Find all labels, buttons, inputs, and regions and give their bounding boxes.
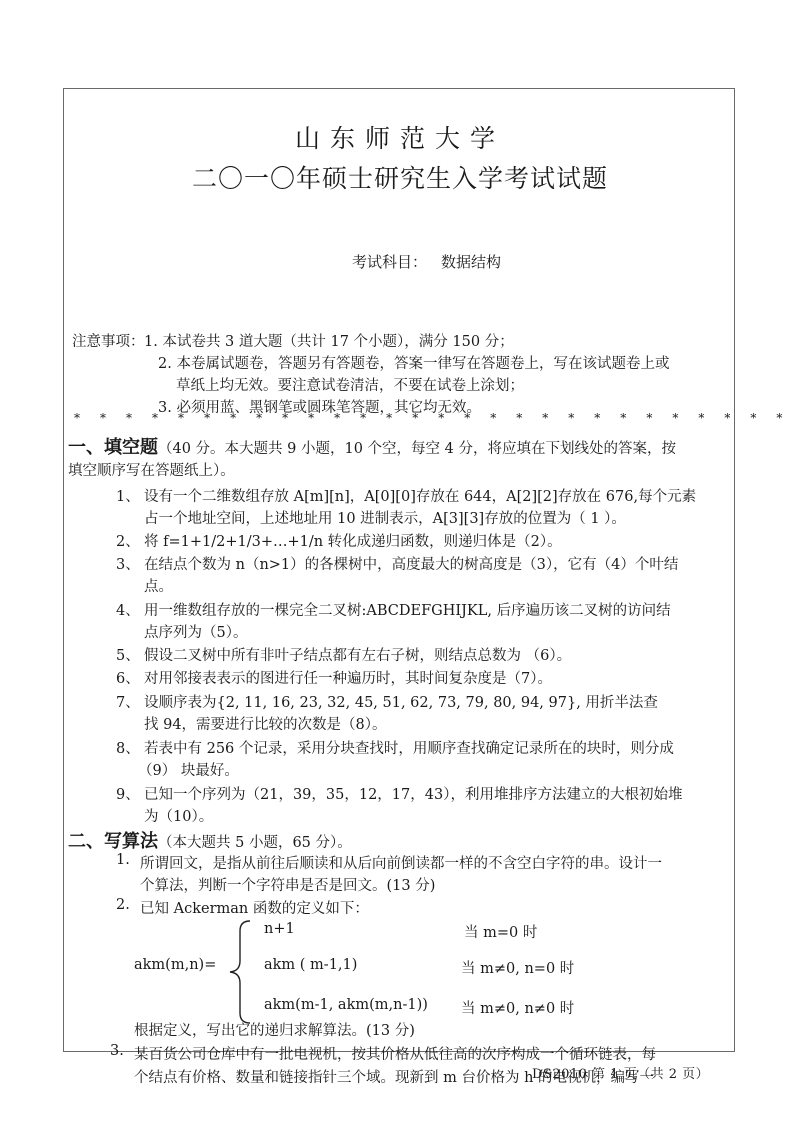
q4-line1: 用一维数组存放的一棵完全二叉树:ABCDEFGHIJKL, 后序遍历该二叉树的访… (144, 599, 671, 620)
exam-title: 二〇一〇年硕士研究生入学考试试题 (64, 159, 736, 195)
q8-num: 8、 (116, 737, 140, 758)
subject-value: 数据结构 (441, 253, 501, 271)
q3-line1: 在结点个数为 n（n>1）的各棵树中，高度最大的树高度是（3），它有（4）个叶结 (144, 553, 678, 574)
note-item-1: 1. 本试卷共 3 道大题（共计 17 个小题），满分 150 分； (144, 330, 514, 351)
q7-num: 7、 (116, 691, 140, 712)
section2-title: 二、写算法 (68, 831, 158, 852)
section1-desc: （40 分。本大题共 9 小题，10 个空，每空 4 分，将应填在下划线处的答案… (158, 441, 676, 457)
case3-cond: 当 m≠0, n≠0 时 (461, 997, 574, 1018)
q9-line2: 为（10）。 (144, 805, 213, 826)
case1-expr: n+1 (264, 921, 295, 937)
q3-num: 3、 (116, 553, 140, 574)
q6-line1: 对用邻接表表示的图进行任一种遍历时，其时间复杂度是（7）。 (144, 667, 552, 688)
q1-line2: 占一个地址空间，上述地址用 10 进制表示，A[3][3]存放的位置为（ 1 ）… (144, 507, 626, 528)
note-item-2: 2. 本卷属试题卷，答题另有答题卷，答案一律写在答题卷上，写在该试题卷上或 (158, 352, 669, 373)
section1-desc-2: 填空顺序写在答题纸上）。 (68, 459, 235, 480)
q9-line1: 已知一个序列为（21，39，35，12，17，43），利用堆排序方法建立的大根初… (144, 783, 682, 804)
note-item-2-cont: 草纸上均无效。要注意试卷清洁，不要在试卷上涂划； (176, 374, 524, 395)
page-footer: DS2010 第 1 页（共 2 页） (532, 1063, 709, 1082)
q7-line2: 找 94，需要进行比较的次数是（8）。 (144, 713, 387, 734)
s2q2-intro: 已知 Ackerman 函数的定义如下： (140, 897, 369, 918)
s2q3-num: 3. (110, 1043, 124, 1059)
section2-header: 二、写算法（本大题共 5 小题，65 分）。 (68, 827, 352, 853)
q8-line1: 若表中有 256 个记录，采用分块查找时，用顺序查找确定记录所在的块时，则分成 (144, 737, 674, 758)
exam-subject: 考试科目：数据结构 (352, 251, 501, 272)
section2-desc: （本大题共 5 小题，65 分）。 (158, 835, 352, 851)
q4-line2: 点序列为（5）。 (144, 621, 247, 642)
s2q1-line2: 个算法，判断一个字符串是否是回文。(13 分) (140, 874, 435, 895)
ackerman-lhs: akm(m,n)= (134, 957, 216, 973)
q5-line1: 假设二叉树中所有非叶子结点都有左右子树，则结点总数为 （6）。 (144, 644, 571, 665)
university-name: 山东师范大学 (64, 119, 736, 155)
left-brace-icon (224, 917, 254, 1027)
notes-label: 注意事项： (72, 330, 145, 351)
subject-label: 考试科目： (352, 253, 427, 271)
q1-num: 1、 (116, 485, 140, 506)
q7-line1: 设顺序表为{2, 11, 16, 23, 32, 45, 51, 62, 73,… (144, 691, 658, 712)
s2q3-line1: 某百货公司仓库中有一批电视机，按其价格从低往高的次序构成一个循环链表，每 (134, 1043, 656, 1064)
section1-header: 一、填空题（40 分。本大题共 9 小题，10 个空，每空 4 分，将应填在下划… (68, 433, 676, 459)
s2q1-line1: 所谓回文，是指从前往后顺读和从后向前倒读都一样的不含空白字符的串。设计一 (140, 852, 662, 873)
s2q2-after: 根据定义，写出它的递归求解算法。(13 分) (134, 1019, 415, 1040)
q1-line1: 设有一个二维数组存放 A[m][n]，A[0][0]存放在 644，A[2][2… (144, 485, 696, 506)
exam-page-frame: 山东师范大学 二〇一〇年硕士研究生入学考试试题 考试科目：数据结构 注意事项： … (63, 88, 735, 1052)
q6-num: 6、 (116, 667, 140, 688)
q2-num: 2、 (116, 530, 140, 551)
q8-line2: （9） 块最好。 (138, 759, 239, 780)
case3-expr: akm(m-1, akm(m,n-1)) (264, 997, 428, 1013)
case1-cond: 当 m=0 时 (464, 921, 537, 942)
q3-line2: 点。 (144, 575, 173, 596)
section1-title: 一、填空题 (68, 437, 158, 458)
q9-num: 9、 (116, 783, 140, 804)
case2-expr: akm ( m-1,1) (264, 957, 357, 973)
s2q1-num: 1. (116, 852, 130, 868)
q4-num: 4、 (116, 599, 140, 620)
s2q2-num: 2. (116, 897, 130, 913)
q5-num: 5、 (116, 644, 140, 665)
case2-cond: 当 m≠0, n=0 时 (461, 957, 574, 978)
separator-stars: * * * * * * * * * * * * * * * * * * * * … (74, 411, 799, 425)
q2-line1: 将 f=1+1/2+1/3+…+1/n 转化成递归函数，则递归体是（2）。 (144, 530, 562, 551)
